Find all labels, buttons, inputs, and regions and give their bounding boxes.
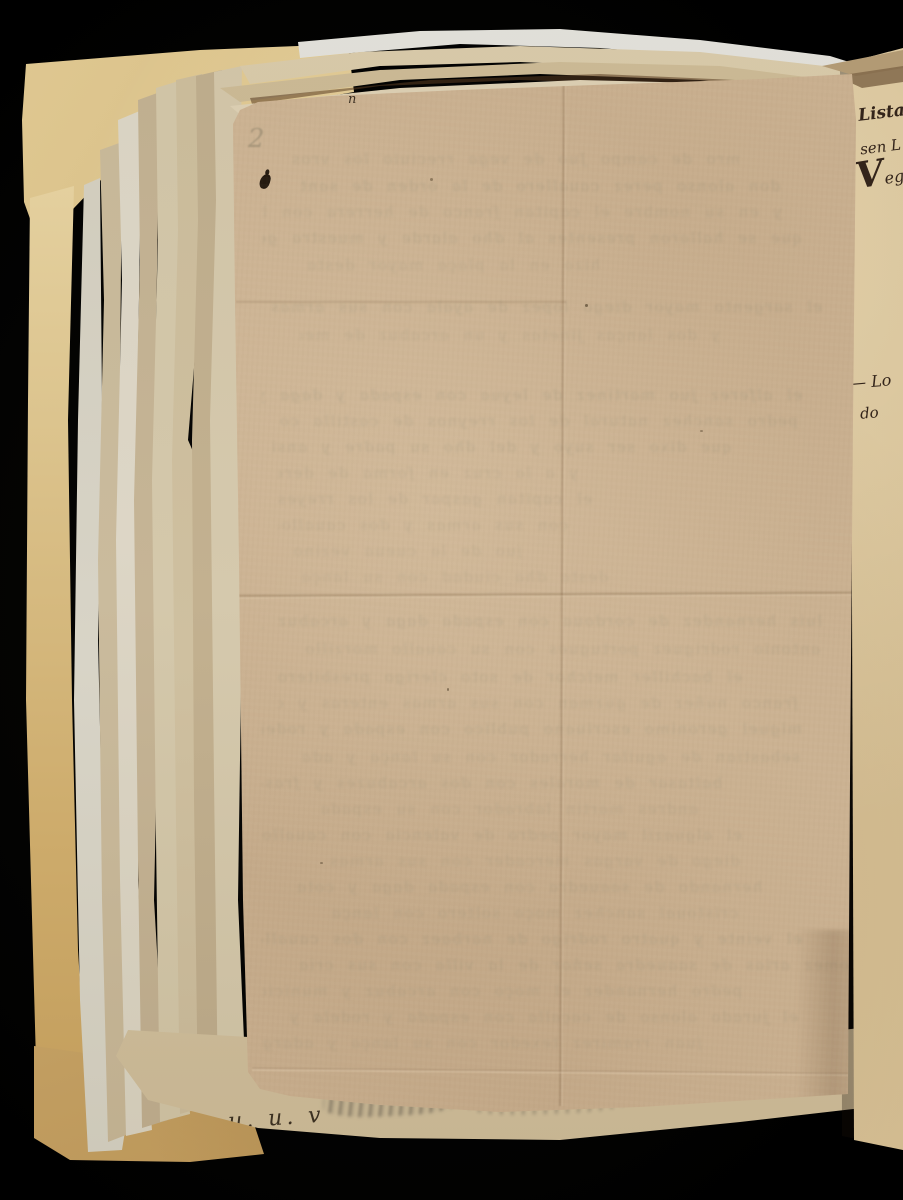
bleedthrough-line: el alferez juo martinez de leyua con esp… [261, 386, 803, 406]
bleedthrough-line: el jurado alonso de caçalla con espada y… [277, 1008, 799, 1028]
bleedthrough-line: luis hernandez de cordoua con espada dag… [261, 612, 823, 632]
bleedthrough-line: y a la cruz en forma de derecho [277, 464, 579, 484]
bleedthrough-line: sebastian de aguilar herrador con su lan… [299, 748, 801, 768]
horizontal-fold-crease [236, 590, 854, 599]
bleedthrough-line: mro de campo Juo de vega rreciuio los vr… [279, 150, 741, 170]
bleedthrough-line: andres martin labrador con su espada [277, 800, 699, 820]
bleedthrough-line: diego de vargas mercader con sus armas [299, 852, 741, 872]
bleedthrough-line: el alguazil mayor pedro de valencia con … [261, 826, 743, 846]
manuscript-photo: u. u. v Lista d sen L Vega — Lo do mro d… [0, 0, 903, 1200]
bleedthrough-line: franco nuñez de guzman con sus armas ent… [277, 694, 799, 714]
dust-speck [430, 178, 433, 181]
faint-horizontal-crease [236, 300, 566, 304]
bleedthrough-line: el bachiller melchor de soto clerigo pre… [261, 668, 743, 688]
dust-speck [585, 304, 588, 307]
dust-speck [447, 688, 449, 691]
bleedthrough-line: con sus armas y dos cauallos [277, 516, 569, 536]
bleedthrough-line: y en su nombre el capitan franco de herr… [261, 203, 783, 223]
bleedthrough-line: pedro hernandez el moço con arcabuz y mu… [261, 982, 743, 1002]
bleedthrough-line: hernando de saauedra con espada daga y c… [261, 878, 763, 898]
dust-speck [700, 430, 703, 432]
bleedthrough-line: hizo en la plaça mayor desta ciudad [299, 256, 601, 276]
bleedthrough-line: cristoual sanchez moço soltero con lança [277, 904, 739, 924]
ghost-page-number: 2 [248, 124, 265, 154]
bleedthrough-line: baltasar de morales con dos arcabuzes y … [261, 774, 723, 794]
bleedthrough-line: el capitan gaspar de los rreyes [261, 490, 593, 510]
facing-handwriting-line-5: do [859, 403, 879, 423]
bleedthrough-line: juan rramirez texedor con su lança y ada… [261, 1034, 703, 1054]
facing-handwriting-line-4: — Lo [849, 370, 892, 393]
bleedthrough-line: el veinte y quatro rodrigo de narbaez co… [261, 930, 803, 950]
dust-speck [320, 862, 323, 864]
bleedthrough-line: don alonso perez cauallero de la orden d… [299, 177, 781, 197]
bleedthrough-line: gomez arias de saauedra señor de la vill… [299, 956, 861, 976]
bleedthrough-line: que dixo ser suyo y del dho su padre y a… [261, 438, 733, 458]
ink-blot [258, 173, 271, 190]
bleedthrough-line: y dos lanças jinetas y un arcabuz de mec… [299, 326, 721, 346]
bleedthrough-line: que se hallaron presentes al dho alarde … [261, 229, 803, 249]
bottom-pressed-edge [252, 1067, 848, 1076]
bleedthrough-line: pedro sanchez natural de los rreynos de … [277, 412, 799, 432]
bleedthrough-line: juo de la cueua vezino [261, 542, 523, 562]
bleedthrough-line: miguel geronimo escriuano publico con es… [261, 720, 803, 740]
